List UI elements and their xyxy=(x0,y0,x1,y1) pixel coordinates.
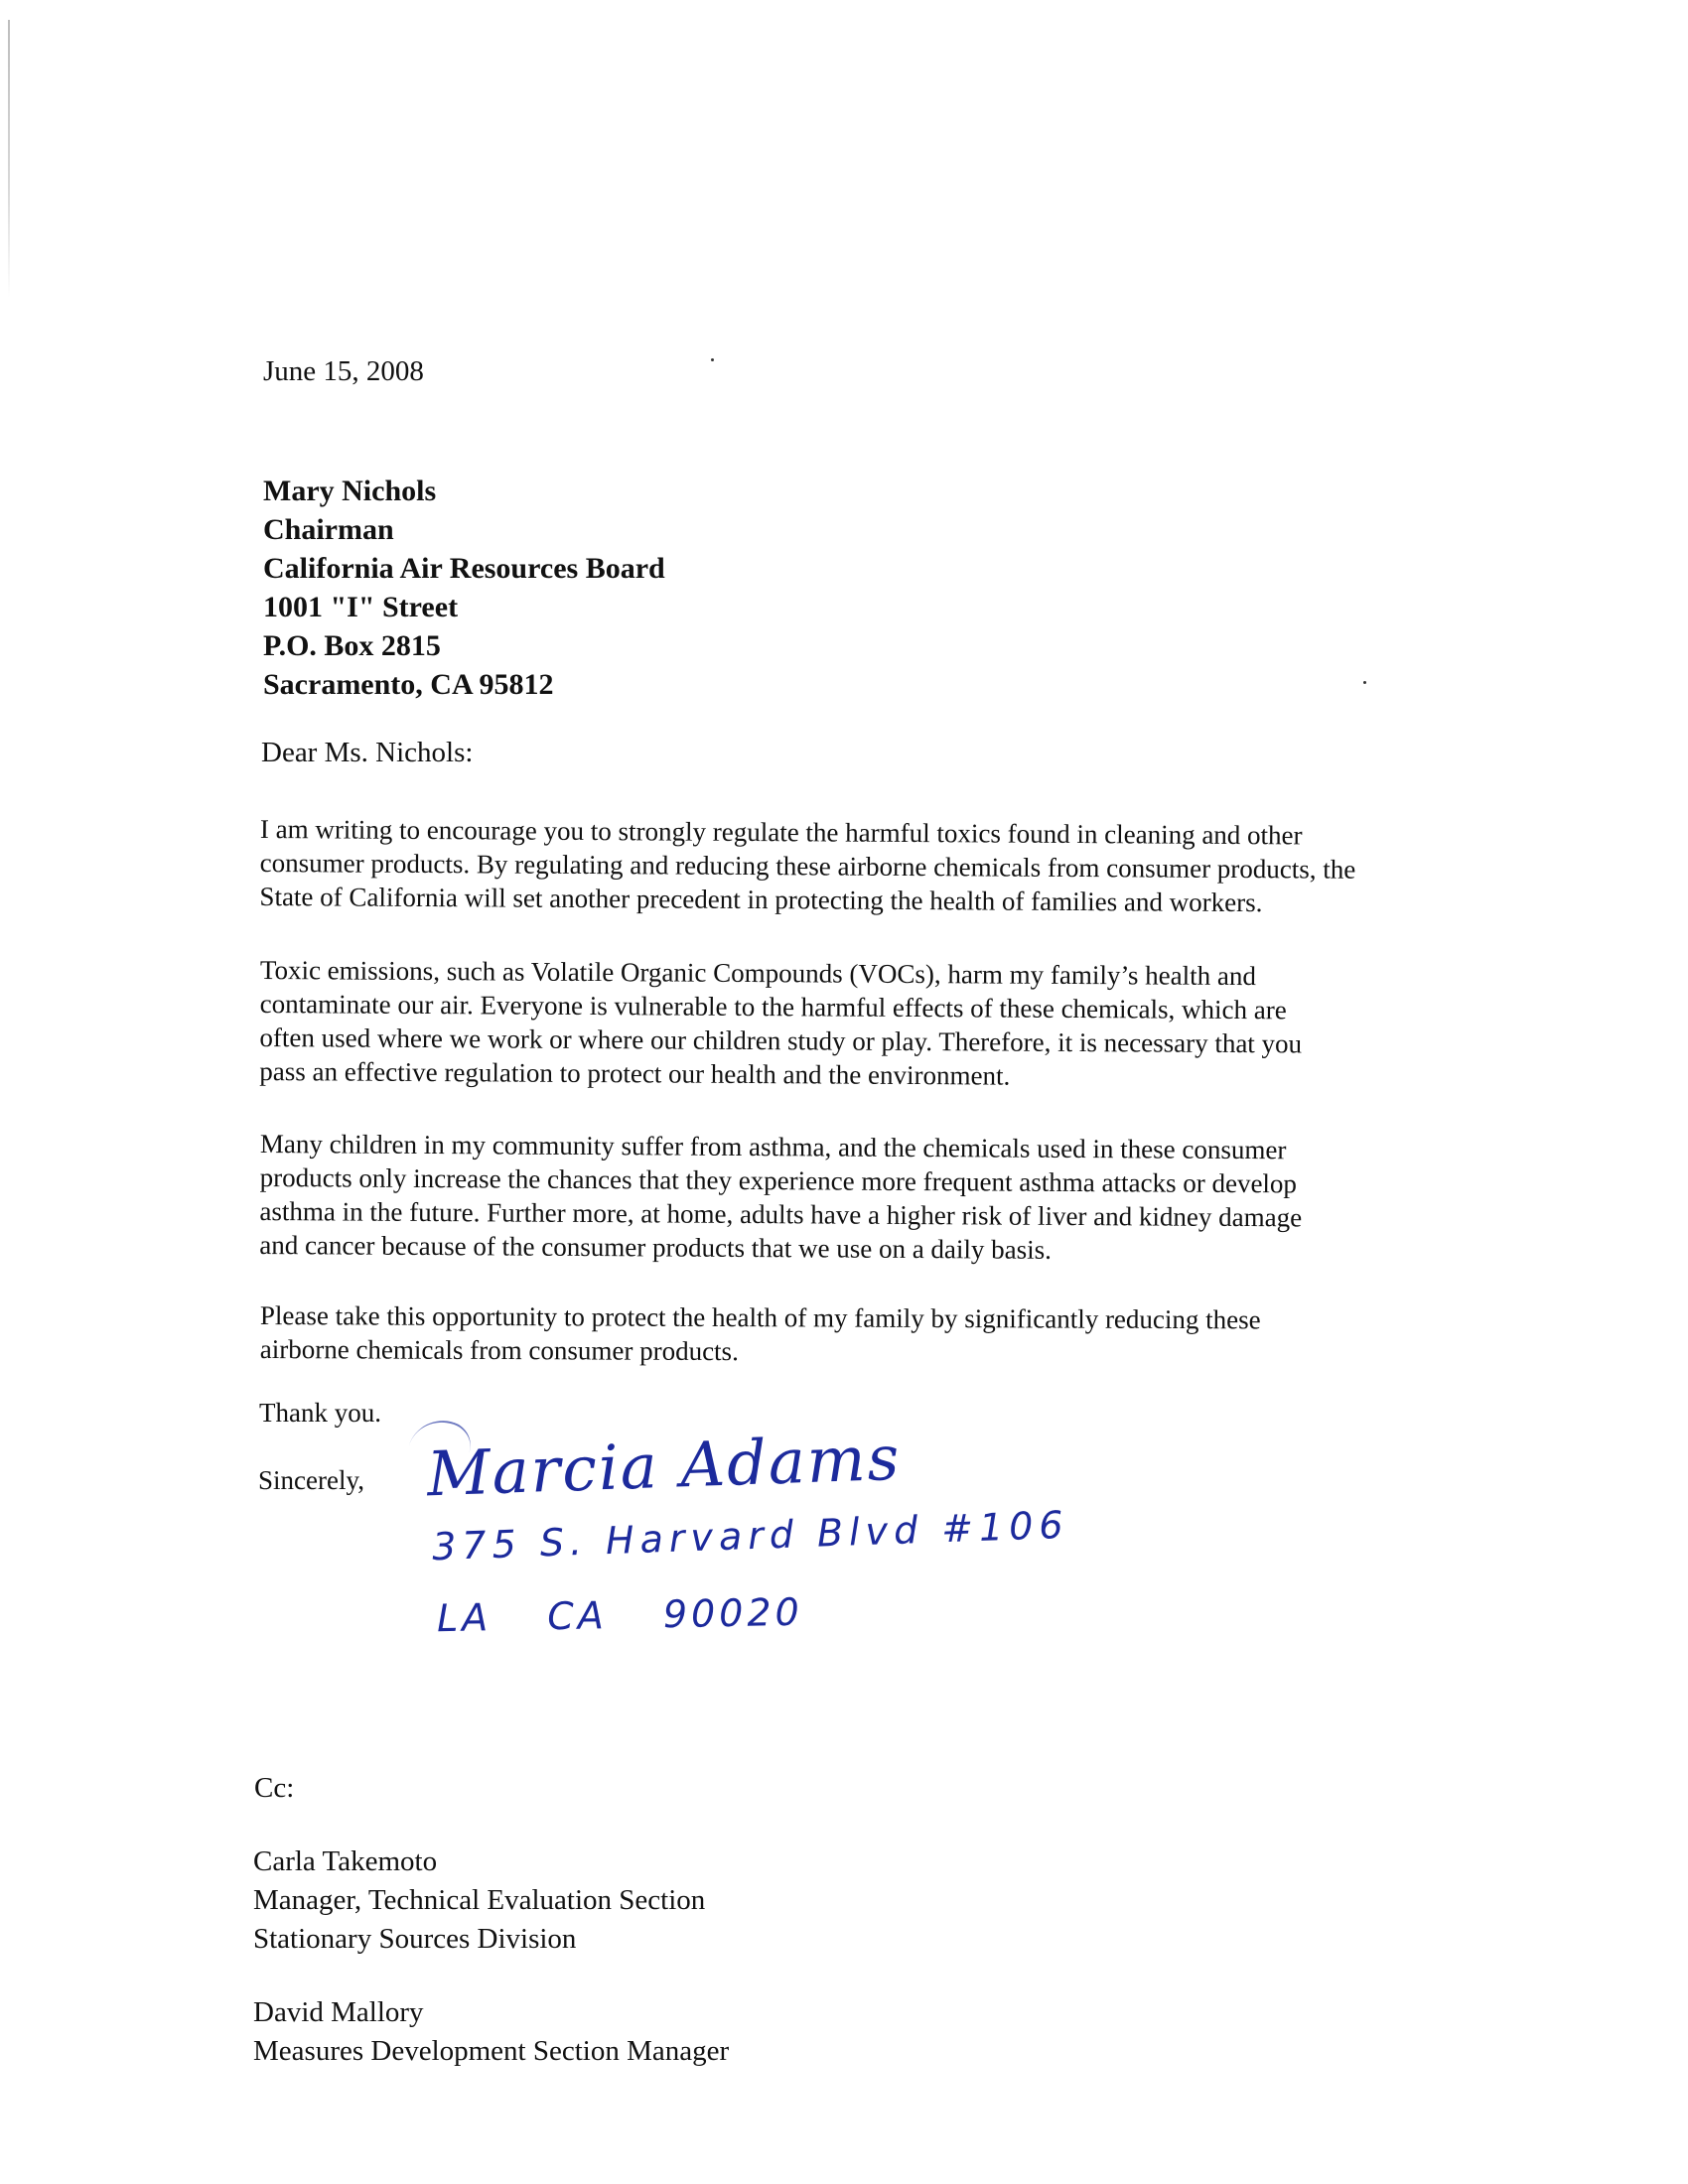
cc-label: Cc: xyxy=(254,1772,294,1805)
recipient-po-box: P.O. Box 2815 xyxy=(263,626,665,665)
handwritten-signature: Marcia Adams xyxy=(426,1422,903,1511)
handwritten-street-address: 375 S. Harvard Blvd #106 xyxy=(431,1503,1069,1569)
paragraph-line: airborne chemicals from consumer product… xyxy=(260,1332,1261,1370)
body-paragraph-1: I am writing to encourage you to strongl… xyxy=(259,812,1355,920)
recipient-organization: California Air Resources Board xyxy=(263,549,665,588)
closing-line: Sincerely, xyxy=(258,1465,364,1496)
recipient-name: Mary Nichols xyxy=(263,472,665,510)
handwritten-city-state-zip: LA CA 90020 xyxy=(437,1590,803,1640)
cc-recipient-title: Measures Development Section Manager xyxy=(253,2032,729,2071)
body-paragraph-4: Please take this opportunity to protect … xyxy=(260,1298,1261,1370)
recipient-address-block: Mary Nichols Chairman California Air Res… xyxy=(263,472,665,704)
paragraph-line: pass an effective regulation to protect … xyxy=(259,1054,1302,1094)
body-paragraph-3: Many children in my community suffer fro… xyxy=(259,1127,1302,1268)
thank-you-line: Thank you. xyxy=(259,1398,381,1429)
paragraph-line: State of California will set another pre… xyxy=(259,880,1355,920)
letter-date: June 15, 2008 xyxy=(263,355,424,388)
scan-speck xyxy=(1363,681,1366,684)
recipient-street: 1001 "I" Street xyxy=(263,588,665,626)
body-paragraph-2: Toxic emissions, such as Volatile Organi… xyxy=(259,953,1302,1094)
recipient-title: Chairman xyxy=(263,510,665,549)
cc-recipient-2: David Mallory Measures Development Secti… xyxy=(253,1993,729,2071)
cc-recipient-1: Carla Takemoto Manager, Technical Evalua… xyxy=(253,1843,705,1959)
recipient-city-state-zip: Sacramento, CA 95812 xyxy=(263,665,665,704)
scan-speck xyxy=(711,358,714,361)
cc-recipient-name: Carla Takemoto xyxy=(253,1843,705,1881)
cc-recipient-name: David Mallory xyxy=(253,1993,729,2032)
paragraph-line: and cancer because of the consumer produ… xyxy=(259,1228,1302,1268)
cc-recipient-title: Manager, Technical Evaluation Section xyxy=(253,1881,705,1920)
paragraph-line: Please take this opportunity to protect … xyxy=(260,1298,1261,1336)
scan-edge-line xyxy=(8,20,10,298)
cc-recipient-division: Stationary Sources Division xyxy=(253,1920,705,1959)
salutation: Dear Ms. Nichols: xyxy=(261,737,473,769)
